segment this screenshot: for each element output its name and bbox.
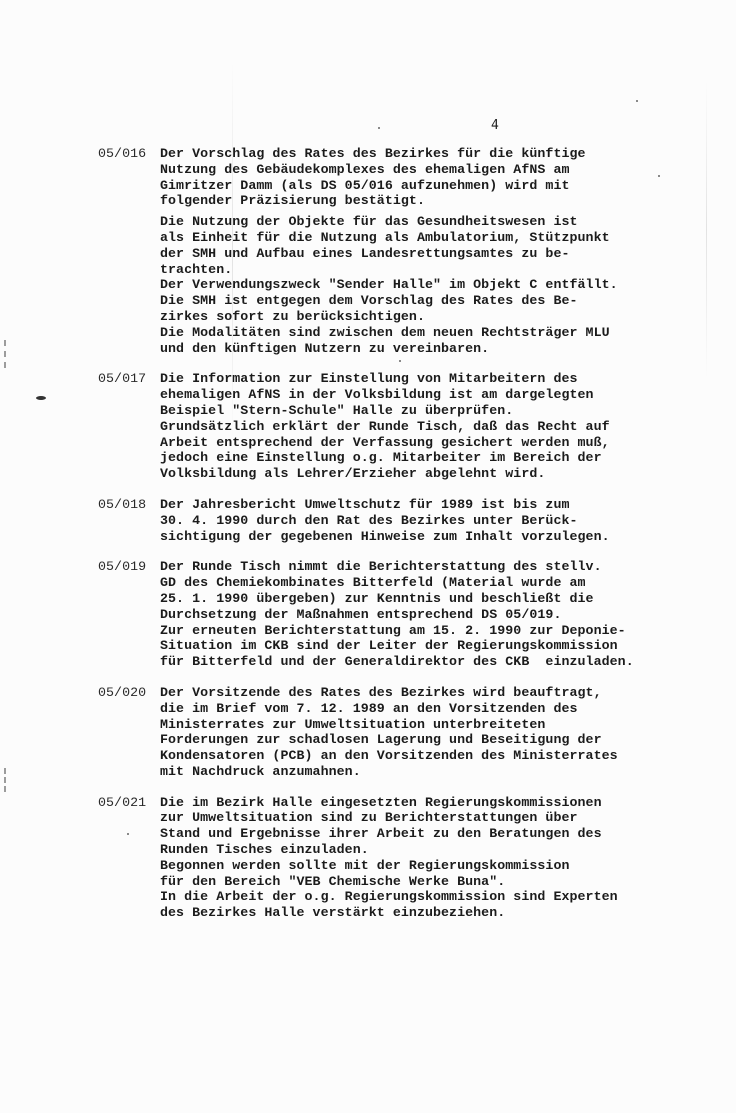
resolution-entry: 05/017 Die Information zur Einstellung v… [98, 371, 698, 482]
paragraph: Der Vorsitzende des Rates des Bezirkes w… [160, 685, 698, 780]
resolution-entry: 05/016 Der Vorschlag des Rates des Bezir… [98, 146, 698, 356]
resolution-number: 05/017 [98, 371, 160, 387]
resolution-text: Der Vorsitzende des Rates des Bezirkes w… [160, 685, 698, 780]
resolution-number: 05/016 [98, 146, 160, 162]
resolution-list: 05/016 Der Vorschlag des Rates des Bezir… [98, 146, 698, 921]
paragraph: Der Vorschlag des Rates des Bezirkes für… [160, 146, 698, 209]
paragraph: Die im Bezirk Halle eingesetzten Regieru… [160, 795, 698, 921]
resolution-text: Der Vorschlag des Rates des Bezirkes für… [160, 146, 698, 356]
paragraph: Die Information zur Einstellung von Mita… [160, 371, 698, 482]
scanned-page: 4 05/016 Der Vorschlag des Rates des Bez… [0, 0, 736, 1113]
resolution-number: 05/020 [98, 685, 160, 701]
resolution-text: Der Jahresbericht Umweltschutz für 1989 … [160, 497, 698, 544]
resolution-entry: 05/020 Der Vorsitzende des Rates des Bez… [98, 685, 698, 780]
margin-mark [4, 768, 9, 792]
page-number: 4 [491, 118, 499, 133]
margin-mark [4, 340, 9, 368]
resolution-text: Die Information zur Einstellung von Mita… [160, 371, 698, 482]
resolution-text: Der Runde Tisch nimmt die Berichterstatt… [160, 559, 698, 670]
speck [378, 127, 380, 129]
resolution-entry: 05/021 Die im Bezirk Halle eingesetzten … [98, 795, 698, 921]
resolution-entry: 05/019 Der Runde Tisch nimmt die Bericht… [98, 559, 698, 670]
paragraph: Die Nutzung der Objekte für das Gesundhe… [160, 214, 698, 356]
resolution-number: 05/021 [98, 795, 160, 811]
scan-artifact [706, 80, 707, 380]
resolution-entry: 05/018 Der Jahresbericht Umweltschutz fü… [98, 497, 698, 544]
margin-mark [36, 396, 46, 400]
resolution-number: 05/018 [98, 497, 160, 513]
speck [636, 100, 638, 102]
resolution-text: Die im Bezirk Halle eingesetzten Regieru… [160, 795, 698, 921]
paragraph: Der Runde Tisch nimmt die Berichterstatt… [160, 559, 698, 670]
paragraph: Der Jahresbericht Umweltschutz für 1989 … [160, 497, 698, 544]
resolution-number: 05/019 [98, 559, 160, 575]
